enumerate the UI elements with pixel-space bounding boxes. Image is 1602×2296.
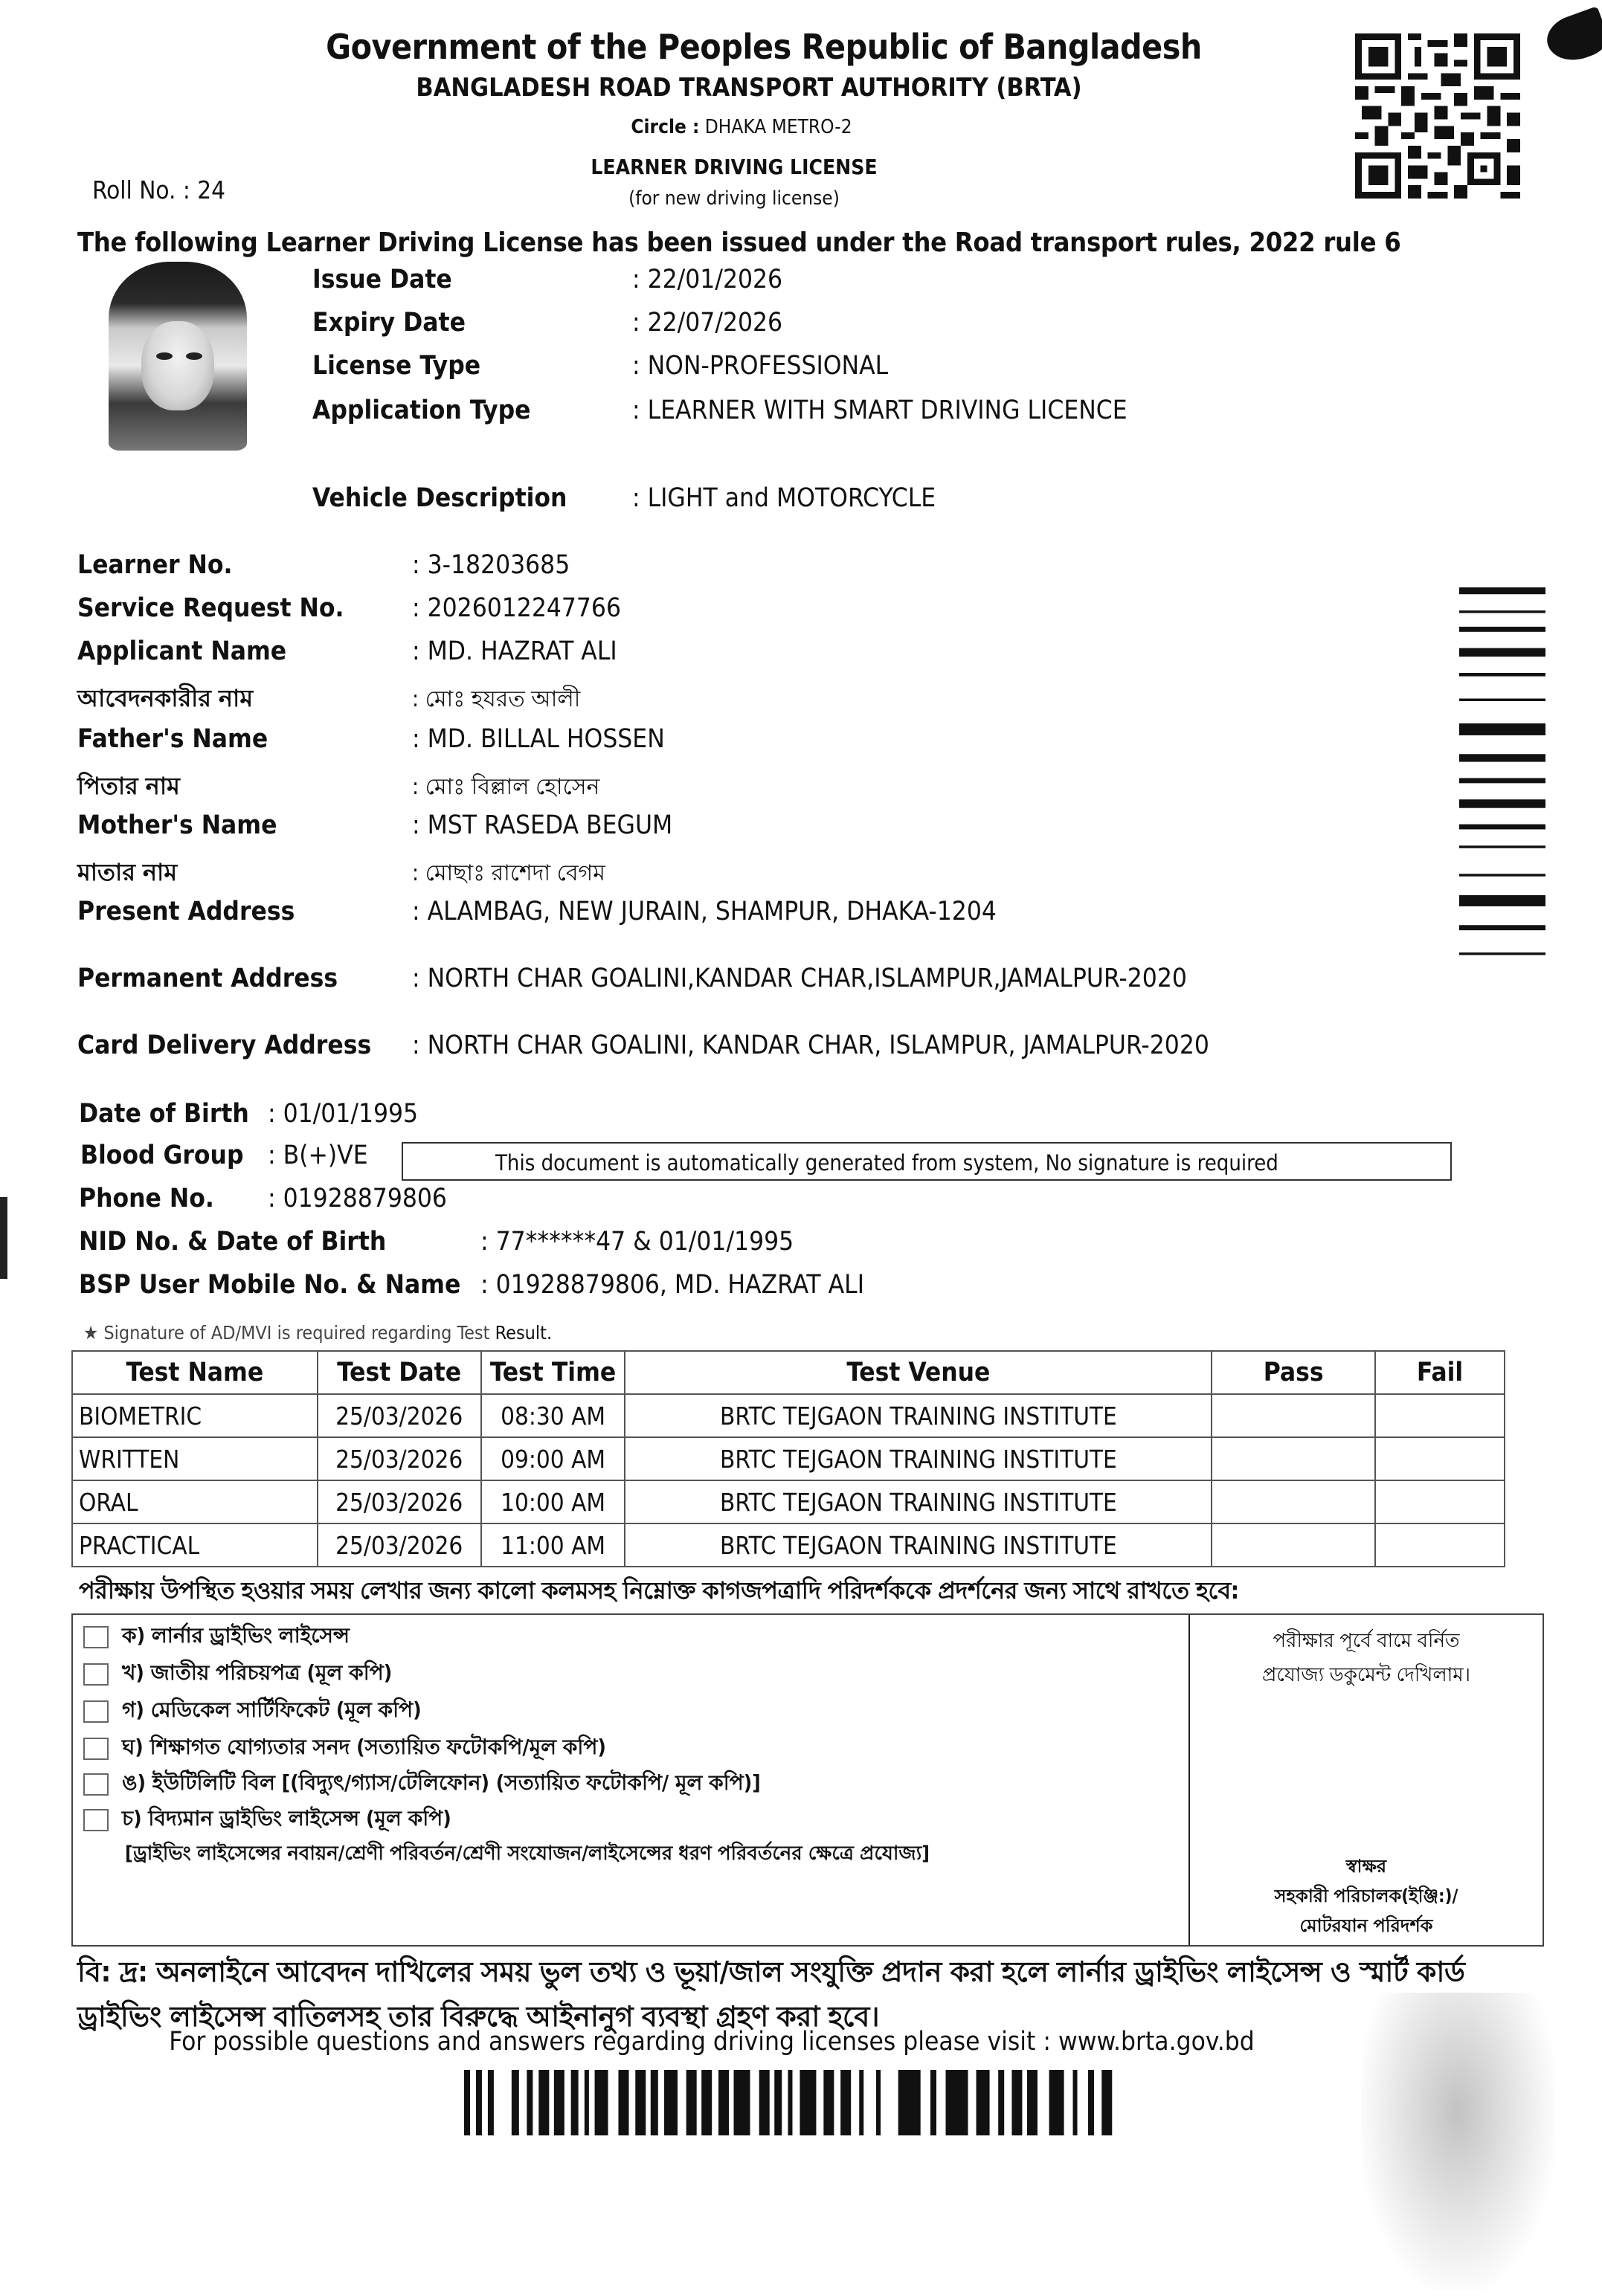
dob-value: : 01/01/1995 (268, 1099, 418, 1129)
learner-no-row: Learner No. : 3-18203685 (77, 550, 570, 580)
test-venue: BRTC TEJGAON TRAINING INSTITUTE (625, 1523, 1212, 1567)
dob-label: Date of Birth (79, 1099, 268, 1129)
star-icon: ★ (83, 1322, 98, 1344)
mother-name-bn-row: মাতার নাম : মোছাঃ রাশেদা বেগম (77, 854, 605, 894)
test-date: 25/03/2026 (318, 1523, 481, 1567)
applicant-name-bn-label: আবেদনকারীর নাম (77, 680, 412, 720)
verification-line-1: পরীক্ষার পূর্বে বামে বর্নিত (1188, 1625, 1544, 1658)
issue-statement: The following Learner Driving License ha… (77, 228, 1400, 258)
checklist-item[interactable]: গ) মেডিকেল সার্টিফিকেট (মূল কপি) (83, 1694, 422, 1729)
signature-note: ★ Signature of AD/MVI is required regard… (83, 1322, 552, 1344)
test-date: 25/03/2026 (318, 1437, 481, 1480)
vehicle-description-label: Vehicle Description (312, 483, 632, 513)
vehicle-description-row: Vehicle Description : LIGHT and MOTORCYC… (312, 483, 936, 513)
test-fail (1375, 1437, 1505, 1480)
test-pass (1212, 1480, 1375, 1523)
test-name: WRITTEN (72, 1437, 318, 1480)
present-address-value: : ALAMBAG, NEW JURAIN, SHAMPUR, DHAKA-12… (412, 897, 997, 926)
issue-date-label: Issue Date (312, 265, 632, 294)
father-name-bn-value: : মোঃ বিল্লাল হোসেন (412, 769, 599, 807)
mother-name-bn-value: : মোছাঃ রাশেদা বেগম (412, 855, 605, 893)
license-type-label: License Type (312, 351, 632, 381)
table-header-row: Test Name Test Date Test Time Test Venue… (72, 1351, 1505, 1394)
applicant-name-bn-value: : মোঃ হযরত আলী (412, 681, 580, 719)
faq-text: For possible questions and answers regar… (169, 2027, 1058, 2057)
present-address-row: Present Address : ALAMBAG, NEW JURAIN, S… (77, 897, 997, 926)
checkbox[interactable] (83, 1809, 109, 1831)
application-type-value: : LEARNER WITH SMART DRIVING LICENCE (632, 396, 1127, 425)
test-venue: BRTC TEJGAON TRAINING INSTITUTE (625, 1480, 1212, 1523)
auto-generated-notice: This document is automatically generated… (402, 1142, 1452, 1181)
website-link[interactable]: www.brta.gov.bd (1058, 2027, 1255, 2057)
nid-value: : 77******47 & 01/01/1995 (480, 1227, 794, 1257)
issue-date-value: : 22/01/2026 (632, 265, 782, 294)
test-fail (1375, 1480, 1505, 1523)
permanent-address-row: Permanent Address : NORTH CHAR GOALINI,K… (77, 964, 1187, 993)
vehicle-description-value: : LIGHT and MOTORCYCLE (632, 483, 936, 513)
service-request-row: Service Request No. : 2026012247766 (77, 593, 621, 623)
test-date: 25/03/2026 (318, 1394, 481, 1437)
phone-label: Phone No. (79, 1184, 268, 1213)
checkbox[interactable] (83, 1663, 109, 1686)
expiry-date-value: : 22/07/2026 (632, 308, 782, 338)
roll-number: Roll No. : 24 (92, 175, 225, 204)
test-time: 10:00 AM (481, 1480, 625, 1523)
learner-no-label: Learner No. (77, 550, 412, 580)
blood-group-row: Blood Group : B(+)VE (80, 1141, 368, 1170)
nid-label: NID No. & Date of Birth (79, 1227, 480, 1257)
applicant-name-bn-row: আবেদনকারীর নাম : মোঃ হযরত আলী (77, 680, 580, 720)
test-fail (1375, 1523, 1505, 1567)
header-test-name: Test Name (72, 1351, 318, 1394)
application-type-label: Application Type (312, 396, 632, 425)
documents-checklist: ক) লার্নার ড্রাইভিং লাইসেন্স খ) জাতীয় প… (71, 1613, 1544, 1947)
test-pass (1212, 1523, 1375, 1567)
father-name-bn-row: পিতার নাম : মোঃ বিল্লাল হোসেন (77, 767, 599, 807)
signatory-line-1: সহকারী পরিচালক(ইঞ্জি:)/ (1188, 1883, 1544, 1912)
circle-label: Circle : (631, 116, 699, 138)
card-delivery-address-value: : NORTH CHAR GOALINI, KANDAR CHAR, ISLAM… (412, 1031, 1209, 1060)
header-pass: Pass (1212, 1351, 1375, 1394)
dob-row: Date of Birth : 01/01/1995 (79, 1099, 418, 1129)
qr-code-icon (1355, 33, 1520, 199)
signatory-line-2: মোটরযান পরিদর্শক (1188, 1912, 1544, 1942)
mother-name-value: : MST RASEDA BEGUM (412, 810, 672, 840)
table-row: BIOMETRIC 25/03/2026 08:30 AM BRTC TEJGA… (72, 1394, 1505, 1437)
issue-date-row: Issue Date : 22/01/2026 (312, 265, 782, 294)
applicant-name-value: : MD. HAZRAT ALI (412, 636, 617, 666)
nid-row: NID No. & Date of Birth : 77******47 & 0… (79, 1227, 794, 1257)
table-row: ORAL 25/03/2026 10:00 AM BRTC TEJGAON TR… (72, 1480, 1505, 1523)
header-test-date: Test Date (318, 1351, 481, 1394)
header-fail: Fail (1375, 1351, 1505, 1394)
bsp-user-value: : 01928879806, MD. HAZRAT ALI (480, 1270, 864, 1300)
checklist-item[interactable]: ঘ) শিক্ষাগত যোগ্যতার সনদ (সত্যায়িত ফটোক… (83, 1731, 606, 1766)
documents-instruction: পরীক্ষায় উপস্থিত হওয়ার সময় লেখার জন্য… (79, 1572, 1239, 1612)
circle-value: DHAKA METRO-2 (705, 116, 852, 138)
father-name-bn-label: পিতার নাম (77, 767, 412, 807)
verification-line-2: প্রযোজ্য ডকুমেন্ট দেখিলাম। (1188, 1660, 1544, 1692)
test-fail (1375, 1394, 1505, 1437)
license-type-row: License Type : NON-PROFESSIONAL (312, 351, 888, 381)
header-test-time: Test Time (481, 1351, 625, 1394)
legal-warning: বি: দ্র: অনলাইনে আবেদন দাখিলের সময় ভুল … (77, 1950, 1535, 2039)
checklist-item[interactable]: চ) বিদ্যমান ড্রাইভিং লাইসেন্স (মূল কপি) (83, 1802, 451, 1837)
expiry-date-row: Expiry Date : 22/07/2026 (312, 308, 782, 338)
father-name-value: : MD. BILLAL HOSSEN (412, 724, 665, 754)
bsp-user-row: BSP User Mobile No. & Name : 01928879806… (79, 1270, 864, 1300)
bsp-user-label: BSP User Mobile No. & Name (79, 1270, 480, 1300)
applicant-name-row: Applicant Name : MD. HAZRAT ALI (77, 636, 617, 666)
test-time: 11:00 AM (481, 1523, 625, 1567)
father-name-row: Father's Name : MD. BILLAL HOSSEN (77, 724, 665, 754)
permanent-address-label: Permanent Address (77, 964, 412, 993)
test-venue: BRTC TEJGAON TRAINING INSTITUTE (625, 1437, 1212, 1480)
service-request-label: Service Request No. (77, 593, 412, 623)
test-name: ORAL (72, 1480, 318, 1523)
father-name-label: Father's Name (77, 724, 412, 754)
checklist-item[interactable]: ক) লার্নার ড্রাইভিং লাইসেন্স (83, 1619, 350, 1654)
applicant-photo (109, 262, 247, 451)
blood-group-label: Blood Group (80, 1141, 268, 1170)
test-time: 08:30 AM (481, 1394, 625, 1437)
checkbox[interactable] (83, 1773, 109, 1796)
test-pass (1212, 1394, 1375, 1437)
expiry-date-label: Expiry Date (312, 308, 632, 338)
card-delivery-address-row: Card Delivery Address : NORTH CHAR GOALI… (77, 1031, 1209, 1060)
table-row: PRACTICAL 25/03/2026 11:00 AM BRTC TEJGA… (72, 1523, 1505, 1567)
card-delivery-address-label: Card Delivery Address (77, 1031, 412, 1060)
phone-value: : 01928879806 (268, 1184, 447, 1213)
blood-group-value: : B(+)VE (268, 1141, 368, 1170)
horizontal-barcode-icon (464, 2070, 1178, 2135)
scan-smudge (1361, 1993, 1554, 2290)
application-type-row: Application Type : LEARNER WITH SMART DR… (312, 396, 1127, 425)
test-venue: BRTC TEJGAON TRAINING INSTITUTE (625, 1394, 1212, 1437)
vertical-barcode-icon (1459, 587, 1545, 1100)
test-time: 09:00 AM (481, 1437, 625, 1480)
phone-row: Phone No. : 01928879806 (79, 1184, 447, 1213)
learner-no-value: : 3-18203685 (412, 550, 570, 580)
test-name: BIOMETRIC (72, 1394, 318, 1437)
test-schedule-table: Test Name Test Date Test Time Test Venue… (71, 1350, 1505, 1567)
test-date: 25/03/2026 (318, 1480, 481, 1523)
test-name: PRACTICAL (72, 1523, 318, 1567)
checklist-footnote: [ড্রাইভিং লাইসেন্সের নবায়ন/শ্রেণী পরিবর… (125, 1838, 930, 1871)
present-address-label: Present Address (77, 897, 412, 926)
mother-name-row: Mother's Name : MST RASEDA BEGUM (77, 810, 672, 840)
signature-label: স্বাক্ষর (1188, 1853, 1544, 1883)
permanent-address-value: : NORTH CHAR GOALINI,KANDAR CHAR,ISLAMPU… (412, 964, 1187, 993)
header-test-venue: Test Venue (625, 1351, 1212, 1394)
checkbox[interactable] (83, 1626, 109, 1648)
license-type-value: : NON-PROFESSIONAL (632, 351, 888, 381)
checklist-item[interactable]: খ) জাতীয় পরিচয়পত্র (মূল কপি) (83, 1657, 392, 1692)
checkbox[interactable] (83, 1700, 109, 1723)
table-row: WRITTEN 25/03/2026 09:00 AM BRTC TEJGAON… (72, 1437, 1505, 1480)
service-request-value: : 2026012247766 (412, 593, 621, 623)
edge-mark (0, 1197, 7, 1279)
checkbox[interactable] (83, 1738, 109, 1760)
checklist-item[interactable]: ঙ) ইউটিলিটি বিল [(বিদ্যুৎ/গ্যাস/টেলিফোন)… (83, 1767, 761, 1802)
applicant-name-label: Applicant Name (77, 636, 412, 666)
mother-name-bn-label: মাতার নাম (77, 854, 412, 894)
test-pass (1212, 1437, 1375, 1480)
mother-name-label: Mother's Name (77, 810, 412, 840)
